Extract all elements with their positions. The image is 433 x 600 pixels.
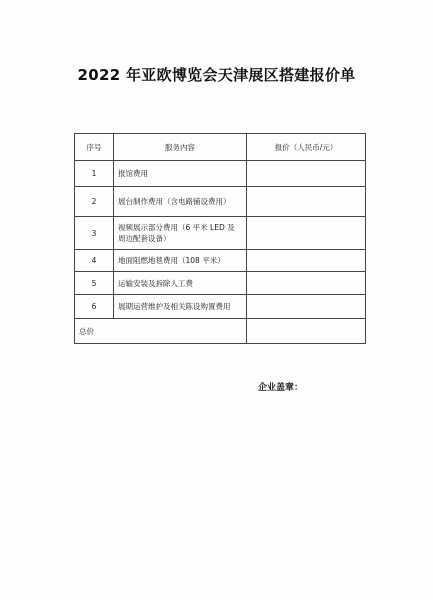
row-service: 报馆费用 [114, 161, 247, 187]
row-price-cell [247, 187, 366, 217]
table-row: 6 展期运营维护及相关陈设购置费用 [75, 295, 366, 319]
total-price-cell [247, 319, 366, 344]
table-row: 4 地面阻燃地毯费用（108 平米） [75, 250, 366, 272]
row-price-cell [247, 295, 366, 319]
table-row: 2 展台制作费用（含电路铺设费用） [75, 187, 366, 217]
table-row: 5 运输安装及拆除人工费 [75, 272, 366, 295]
row-price-cell [247, 250, 366, 272]
quotation-table: 序号 服务内容 报价（人民币/元） 1 报馆费用 2 展台制作费用（含电路铺设费… [74, 133, 366, 344]
row-serial-number: 4 [75, 250, 114, 272]
row-serial-number: 1 [75, 161, 114, 187]
row-price-cell [247, 217, 366, 250]
company-seal-label: 企业盖章： [258, 380, 303, 393]
row-service: 展台制作费用（含电路铺设费用） [114, 187, 247, 217]
row-serial-number: 2 [75, 187, 114, 217]
row-price-cell [247, 272, 366, 295]
table-row: 1 报馆费用 [75, 161, 366, 187]
row-serial-number: 5 [75, 272, 114, 295]
table-row: 3 视频展示部分费用（6 平米 LED 及周边配套设备） [75, 217, 366, 250]
row-price-cell [247, 161, 366, 187]
header-service-content: 服务内容 [114, 134, 247, 161]
document-title: 2022 年亚欧博览会天津展区搭建报价单 [0, 64, 433, 85]
row-service: 展期运营维护及相关陈设购置费用 [114, 295, 247, 319]
total-label: 总价 [75, 319, 247, 344]
row-service: 视频展示部分费用（6 平米 LED 及周边配套设备） [114, 217, 247, 250]
header-price: 报价（人民币/元） [247, 134, 366, 161]
total-row: 总价 [75, 319, 366, 344]
quote-document-page: 2022 年亚欧博览会天津展区搭建报价单 序号 服务内容 报价（人民币/元） 1… [0, 0, 433, 600]
table-header-row: 序号 服务内容 报价（人民币/元） [75, 134, 366, 161]
row-serial-number: 3 [75, 217, 114, 250]
header-serial-number: 序号 [75, 134, 114, 161]
row-service: 运输安装及拆除人工费 [114, 272, 247, 295]
row-service: 地面阻燃地毯费用（108 平米） [114, 250, 247, 272]
row-serial-number: 6 [75, 295, 114, 319]
